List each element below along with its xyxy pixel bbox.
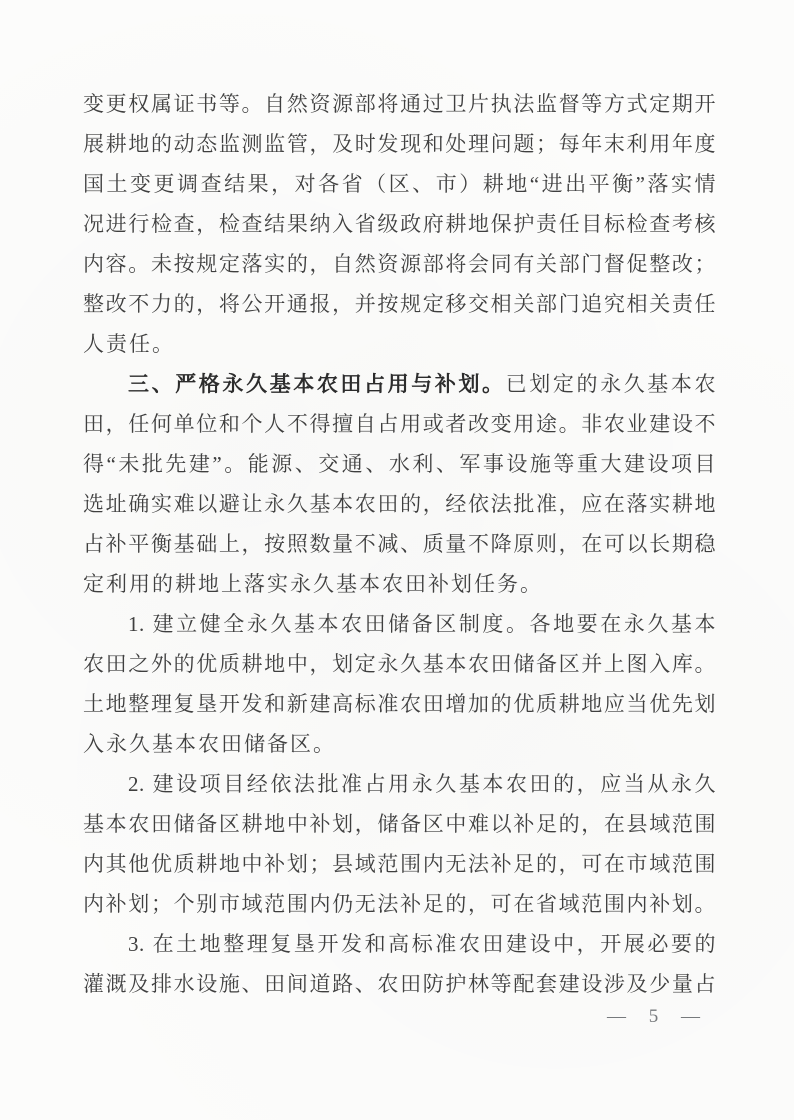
body-text: 况进行检查，检查结果纳入省级政府耕地保护责任目标检查考核 (83, 212, 716, 236)
text-line: 选址确实难以避让永久基本农田的，经依法批准，应在落实耕地 (83, 484, 716, 524)
body-text: 农田之外的优质耕地中，划定永久基本农田储备区并上图入库。 (83, 652, 716, 676)
section-heading-text: 三、严格永久基本农田占用与补划。 (128, 373, 506, 396)
text-line: 况进行检查，检查结果纳入省级政府耕地保护责任目标检查考核 (83, 204, 716, 244)
body-text: 灌溉及排水设施、田间道路、农田防护林等配套建设涉及少量占 (83, 972, 716, 996)
text-line: 2. 建设项目经依法批准占用永久基本农田的，应当从永久 (83, 764, 716, 804)
body-text: 国土变更调查结果，对各省（区、市）耕地“进出平衡”落实情 (83, 172, 716, 196)
text-line: 基本农田储备区耕地中补划，储备区中难以补足的，在县域范围 (83, 804, 716, 844)
document-page: 变更权属证书等。自然资源部将通过卫片执法监督等方式定期开展耕地的动态监测监管，及… (0, 0, 794, 1120)
document-body: 变更权属证书等。自然资源部将通过卫片执法监督等方式定期开展耕地的动态监测监管，及… (83, 84, 716, 1004)
body-text: 3. 在土地整理复垦开发和高标准农田建设中，开展必要的 (128, 932, 716, 956)
text-line: 内容。未按规定落实的，自然资源部将会同有关部门督促整改； (83, 244, 716, 284)
body-text: 占补平衡基础上，按照数量不减、质量不降原则，在可以长期稳 (83, 532, 716, 556)
text-line: 田，任何单位和个人不得擅自占用或者改变用途。非农业建设不 (83, 404, 716, 444)
body-text: 入永久基本农田储备区。 (83, 732, 336, 756)
text-line: 定利用的耕地上落实永久基本农田补划任务。 (83, 564, 716, 604)
body-text: 展耕地的动态监测监管，及时发现和处理问题；每年末利用年度 (83, 132, 716, 156)
body-text: 土地整理复垦开发和新建高标准农田增加的优质耕地应当优先划 (83, 692, 716, 716)
text-line: 1. 建立健全永久基本农田储备区制度。各地要在永久基本 (83, 604, 716, 644)
body-text: 整改不力的，将公开通报，并按规定移交相关部门追究相关责任 (83, 292, 716, 316)
body-text: 已划定的永久基本农 (506, 372, 716, 396)
text-line: 内其他优质耕地中补划；县域范围内无法补足的，可在市域范围 (83, 844, 716, 884)
text-line: 农田之外的优质耕地中，划定永久基本农田储备区并上图入库。 (83, 644, 716, 684)
body-text: 人责任。 (83, 332, 175, 356)
body-text: 2. 建设项目经依法批准占用永久基本农田的，应当从永久 (128, 772, 716, 796)
body-text: 得“未批先建”。能源、交通、水利、军事设施等重大建设项目 (83, 452, 716, 476)
text-line: 国土变更调查结果，对各省（区、市）耕地“进出平衡”落实情 (83, 164, 716, 204)
text-line: 展耕地的动态监测监管，及时发现和处理问题；每年末利用年度 (83, 124, 716, 164)
text-line: 灌溉及排水设施、田间道路、农田防护林等配套建设涉及少量占 (83, 964, 716, 1004)
text-line: 3. 在土地整理复垦开发和高标准农田建设中，开展必要的 (83, 924, 716, 964)
text-line: 内补划；个别市域范围内仍无法补足的，可在省域范围内补划。 (83, 884, 716, 924)
text-line: 三、严格永久基本农田占用与补划。已划定的永久基本农 (83, 364, 716, 404)
body-text: 基本农田储备区耕地中补划，储备区中难以补足的，在县域范围 (83, 812, 716, 836)
body-text: 内其他优质耕地中补划；县域范围内无法补足的，可在市域范围 (83, 852, 716, 876)
text-line: 整改不力的，将公开通报，并按规定移交相关部门追究相关责任 (83, 284, 716, 324)
text-line: 入永久基本农田储备区。 (83, 724, 716, 764)
body-text: 田，任何单位和个人不得擅自占用或者改变用途。非农业建设不 (83, 412, 716, 436)
body-text: 定利用的耕地上落实永久基本农田补划任务。 (83, 572, 543, 596)
text-line: 土地整理复垦开发和新建高标准农田增加的优质耕地应当优先划 (83, 684, 716, 724)
body-text: 选址确实难以避让永久基本农田的，经依法批准，应在落实耕地 (83, 492, 716, 516)
body-text: 内补划；个别市域范围内仍无法补足的，可在省域范围内补划。 (83, 892, 716, 916)
body-text: 内容。未按规定落实的，自然资源部将会同有关部门督促整改； (83, 252, 716, 276)
text-line: 占补平衡基础上，按照数量不减、质量不降原则，在可以长期稳 (83, 524, 716, 564)
body-text: 变更权属证书等。自然资源部将通过卫片执法监督等方式定期开 (83, 92, 716, 116)
page-number: — 5 — (607, 1006, 702, 1028)
text-line: 变更权属证书等。自然资源部将通过卫片执法监督等方式定期开 (83, 84, 716, 124)
text-line: 人责任。 (83, 324, 716, 364)
text-line: 得“未批先建”。能源、交通、水利、军事设施等重大建设项目 (83, 444, 716, 484)
body-text: 1. 建立健全永久基本农田储备区制度。各地要在永久基本 (128, 612, 716, 636)
